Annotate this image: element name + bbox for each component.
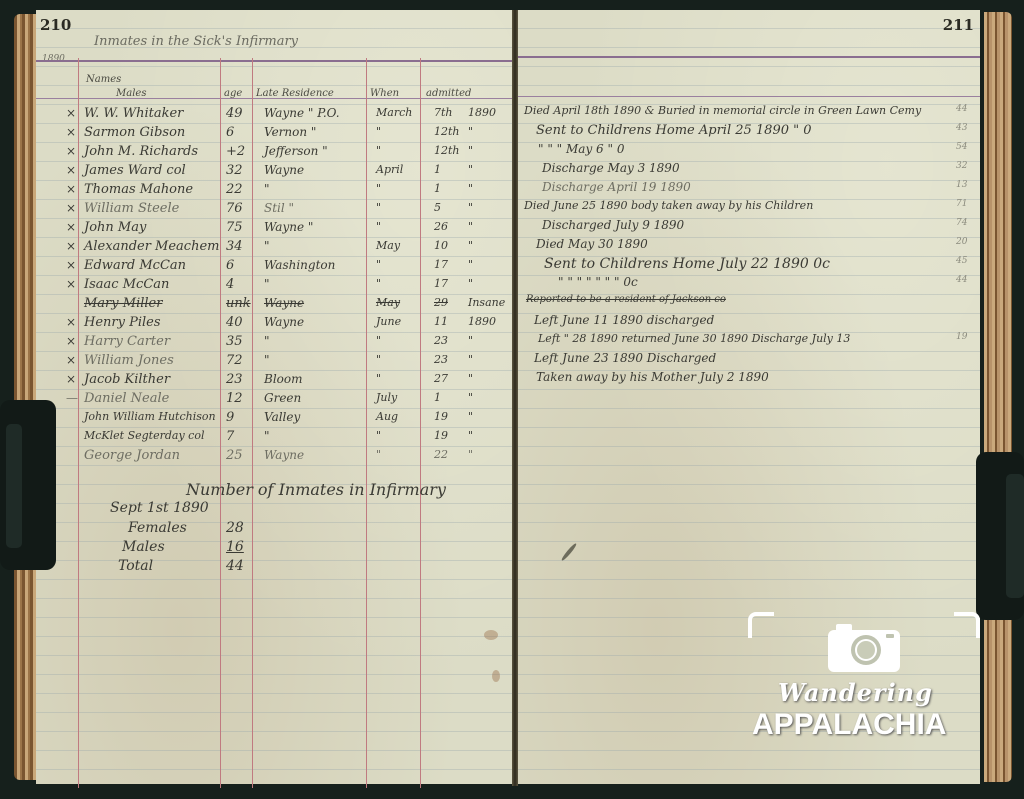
table-row: × Thomas Mahone 22 " " 1 " [36,182,514,201]
header-bottom-rule [518,96,980,97]
table-row: × Harry Carter 35 " " 23 " [36,334,514,353]
summary-value-total: 44 [226,558,244,574]
inmate-age: 35 [226,334,243,349]
note-row: Reported to be a resident of Jackson co [518,294,980,313]
admit-month: " [376,201,381,214]
admit-month: " [376,125,381,138]
admit-day: 11 [434,315,448,328]
table-row: × William Jones 72 " " 23 " [36,353,514,372]
admit-day: 1 [434,163,441,176]
admit-day: 5 [434,201,441,214]
admit-day: 7th [434,106,453,119]
watermark-line1: Wandering [778,678,933,707]
note-text: " " " May 6 " 0 [538,142,624,156]
inmate-residence: Wayne " P.O. [264,106,340,120]
admit-year: 1890 [468,106,496,119]
admit-year: " [468,201,473,214]
admit-year: " [468,277,473,290]
wandering-appalachia-watermark: Wandering APPALACHIA [748,612,980,758]
row-mark: × [66,372,76,386]
admit-day: 12th [434,144,460,157]
note-text: Died June 25 1890 body taken away by his… [524,199,813,212]
table-row: × Isaac McCan 4 " " 17 " [36,277,514,296]
col-header-names: Names [86,74,121,85]
col-header-sex: Males [116,88,146,99]
admit-year: " [468,258,473,271]
table-row: — Daniel Neale 12 Green July 1 " [36,391,514,410]
right-binder-clip [976,452,1024,620]
note-margin-number: 54 [956,142,967,152]
admit-day: 17 [434,258,448,271]
inmate-residence: " [264,353,270,367]
admit-year: " [468,144,473,157]
col-header-when: When [370,88,399,99]
admit-month: " [376,372,381,385]
inmate-age: 12 [226,391,243,406]
table-row: × Henry Piles 40 Wayne June 11 1890 [36,315,514,334]
note-text: Reported to be a resident of Jackson co [526,294,726,305]
right-page-number: 211 [943,16,974,34]
admit-month: " [376,277,381,290]
inmate-name: Edward McCan [84,258,186,273]
frame-corner-icon [954,612,980,638]
table-row: × Sarmon Gibson 6 Vernon " " 12th " [36,125,514,144]
admit-year: " [468,410,473,423]
row-mark: × [66,220,76,234]
admit-day: 10 [434,239,448,252]
frame-corner-icon [748,612,774,638]
inmate-residence: Valley [264,410,300,424]
inmate-name: William Jones [84,353,174,368]
ink-stain [484,630,498,640]
inmate-residence: " [264,429,270,443]
note-row: Left " 28 1890 returned June 30 1890 Dis… [518,332,980,351]
admit-day: 12th [434,125,460,138]
row-mark: × [66,144,76,158]
admit-year: " [468,239,473,252]
note-row: Died April 18th 1890 & Buried in memoria… [518,104,980,123]
camera-icon [828,620,900,672]
note-row: Sent to Childrens Home April 25 1890 " 0… [518,123,980,142]
admit-day: 1 [434,391,441,404]
admit-year: " [468,182,473,195]
inmate-age: 76 [226,201,243,216]
admit-month: June [376,315,401,328]
admit-year: " [468,448,473,461]
inmate-residence: Jefferson " [264,144,328,158]
note-text: " " " " " " " 0c [558,275,638,289]
ink-mark [560,542,577,561]
row-mark: × [66,239,76,253]
margin-year: 1890 [42,54,65,64]
note-text: Discharged July 9 1890 [542,218,684,232]
inmate-name: Isaac McCan [84,277,169,292]
admit-month: " [376,220,381,233]
right-page-edges [984,12,1012,782]
inmate-age: 75 [226,220,243,235]
admit-year: " [468,391,473,404]
inmate-residence: " [264,239,270,253]
inmate-residence: " [264,277,270,291]
inmate-age: 6 [226,258,234,273]
admit-day: 22 [434,448,448,461]
inmate-name: William Steele [84,201,179,216]
row-mark: × [66,258,76,272]
admit-month: March [376,106,412,119]
admit-month: July [376,391,397,404]
inmate-age: unk [226,296,251,311]
row-mark: × [66,106,76,120]
inmate-name: W. W. Whitaker [84,106,183,121]
inmate-name: George Jordan [84,448,180,463]
inmate-residence: Stil " [264,201,294,215]
admit-year: " [468,220,473,233]
table-row: × James Ward col 32 Wayne April 1 " [36,163,514,182]
inmate-name: John May [84,220,146,235]
inmate-age: 7 [226,429,234,444]
col-header-residence: Late Residence [256,88,334,99]
note-text: Discharge April 19 1890 [542,180,691,194]
note-row: " " " " " " " 0c 44 [518,275,980,294]
table-row: × William Steele 76 Stil " " 5 " [36,201,514,220]
inmate-name: Thomas Mahone [84,182,193,197]
summary-label-females: Females [128,520,187,536]
note-margin-number: 13 [956,180,967,190]
inmate-name: Jacob Kilther [84,372,170,387]
admit-day: 19 [434,410,448,423]
note-row: Sent to Childrens Home July 22 1890 0c 4… [518,256,980,275]
note-row: Discharge April 19 1890 13 [518,180,980,199]
summary-value-females: 28 [226,520,244,536]
admit-month: " [376,182,381,195]
note-text: Sent to Childrens Home July 22 1890 0c [544,256,830,272]
row-mark: × [66,353,76,367]
admit-month: Aug [376,410,398,423]
admit-year: " [468,429,473,442]
row-mark: × [66,182,76,196]
inmate-residence: Washington [264,258,335,272]
inmate-age: +2 [226,144,245,159]
inmate-residence: Wayne " [264,220,313,234]
note-text: Discharge May 3 1890 [542,161,680,175]
table-row: × Edward McCan 6 Washington " 17 " [36,258,514,277]
admit-note: Insane [468,296,505,309]
left-page-title: Inmates in the Sick's Infirmary [94,34,298,49]
note-row: " " " May 6 " 0 54 [518,142,980,161]
note-margin-number: 43 [956,123,967,133]
inmate-age: 34 [226,239,243,254]
note-text: Left " 28 1890 returned June 30 1890 Dis… [538,332,850,345]
admit-day: 23 [434,353,448,366]
admit-day: 1 [434,182,441,195]
inmate-name: Harry Carter [84,334,170,349]
note-margin-number: 32 [956,161,967,171]
note-row: Died June 25 1890 body taken away by his… [518,199,980,218]
inmate-residence: Wayne [264,448,304,462]
admit-year: " [468,163,473,176]
row-mark: — [66,391,78,405]
inmate-age: 4 [226,277,234,292]
admit-day: 19 [434,429,448,442]
note-text: Died May 30 1890 [536,237,648,251]
inmate-age: 49 [226,106,243,121]
inmate-residence: Wayne [264,163,304,177]
inmate-age: 25 [226,448,243,463]
note-margin-number: 44 [956,275,967,285]
inmate-name: Mary Miller [84,296,162,311]
table-row: × Jacob Kilther 23 Bloom " 27 " [36,372,514,391]
inmate-age: 6 [226,125,234,140]
table-row-struck: Mary Miller unk Wayne May 29 Insane [36,296,514,315]
inmate-residence: Green [264,391,301,405]
watermark-line2: APPALACHIA [752,708,946,742]
row-mark: × [66,315,76,329]
table-row: × Alexander Meachem 34 " May 10 " [36,239,514,258]
inmate-name: McKlet Segterday col [84,429,204,442]
summary-label-males: Males [122,539,165,555]
note-row: Died May 30 1890 20 [518,237,980,256]
col-header-admitted: admitted [426,88,471,99]
summary-date: Sept 1st 1890 [110,500,209,516]
inmate-name: John William Hutchison [84,410,216,423]
note-margin-number: 45 [956,256,967,266]
admit-year: " [468,334,473,347]
inmate-name: Alexander Meachem [84,239,219,254]
admit-year: " [468,125,473,138]
inmate-age: 22 [226,182,243,197]
note-row: Discharged July 9 1890 74 [518,218,980,237]
inmate-residence: " [264,334,270,348]
table-row: George Jordan 25 Wayne " 22 " [36,448,514,467]
inmate-residence: " [264,182,270,196]
note-text: Died April 18th 1890 & Buried in memoria… [524,104,921,117]
left-binder-clip [0,400,56,570]
admit-month: May [376,296,400,309]
table-row: John William Hutchison 9 Valley Aug 19 " [36,410,514,429]
inmate-name: James Ward col [84,163,186,178]
inmate-age: 32 [226,163,243,178]
ink-stain [492,670,500,682]
note-text: Taken away by his Mother July 2 1890 [536,370,769,384]
note-margin-number: 19 [956,332,967,342]
inmate-age: 9 [226,410,234,425]
inmate-residence: Wayne [264,315,304,329]
admit-day: 17 [434,277,448,290]
admit-month: " [376,334,381,347]
note-row: Left June 23 1890 Discharged [518,351,980,370]
admit-year: 1890 [468,315,496,328]
note-row: Discharge May 3 1890 32 [518,161,980,180]
note-margin-number: 71 [956,199,967,209]
row-mark: × [66,163,76,177]
admit-month: " [376,448,381,461]
note-text: Sent to Childrens Home April 25 1890 " 0 [536,123,812,138]
inmate-name: Henry Piles [84,315,161,330]
admit-year: " [468,372,473,385]
admit-year: " [468,353,473,366]
row-mark: × [66,277,76,291]
note-row: Taken away by his Mother July 2 1890 [518,370,980,389]
admit-day: 29 [434,296,448,309]
summary-heading: Number of Inmates in Infirmary [186,480,446,499]
row-mark: × [66,334,76,348]
left-page-number: 210 [40,16,71,34]
note-margin-number: 20 [956,237,967,247]
header-rule [518,56,980,58]
admit-month: " [376,353,381,366]
inmate-residence: Wayne [264,296,304,310]
left-page: 210 Inmates in the Sick's Infirmary 1890… [36,10,514,784]
note-margin-number: 44 [956,104,967,114]
inmate-age: 72 [226,353,243,368]
table-row: McKlet Segterday col 7 " " 19 " [36,429,514,448]
admit-day: 23 [434,334,448,347]
table-row: × W. W. Whitaker 49 Wayne " P.O. March 7… [36,106,514,125]
note-text: Left June 11 1890 discharged [534,313,714,327]
admit-month: " [376,429,381,442]
inmate-name: Sarmon Gibson [84,125,185,140]
inmate-residence: Vernon " [264,125,316,139]
note-margin-number: 74 [956,218,967,228]
admit-month: April [376,163,403,176]
summary-value-males: 16 [226,539,244,555]
note-row: Left June 11 1890 discharged [518,313,980,332]
table-row: × John May 75 Wayne " " 26 " [36,220,514,239]
row-mark: × [66,125,76,139]
admit-month: " [376,144,381,157]
inmate-name: John M. Richards [84,144,198,159]
admit-day: 26 [434,220,448,233]
admit-month: May [376,239,400,252]
header-rule [36,60,514,62]
inmate-age: 40 [226,315,243,330]
note-text: Left June 23 1890 Discharged [534,351,716,365]
table-row: × John M. Richards +2 Jefferson " " 12th… [36,144,514,163]
col-header-age: age [224,88,242,99]
inmate-residence: Bloom [264,372,302,386]
admit-month: " [376,258,381,271]
inmate-name: Daniel Neale [84,391,169,406]
summary-label-total: Total [118,558,153,574]
admit-day: 27 [434,372,448,385]
inmate-age: 23 [226,372,243,387]
row-mark: × [66,201,76,215]
